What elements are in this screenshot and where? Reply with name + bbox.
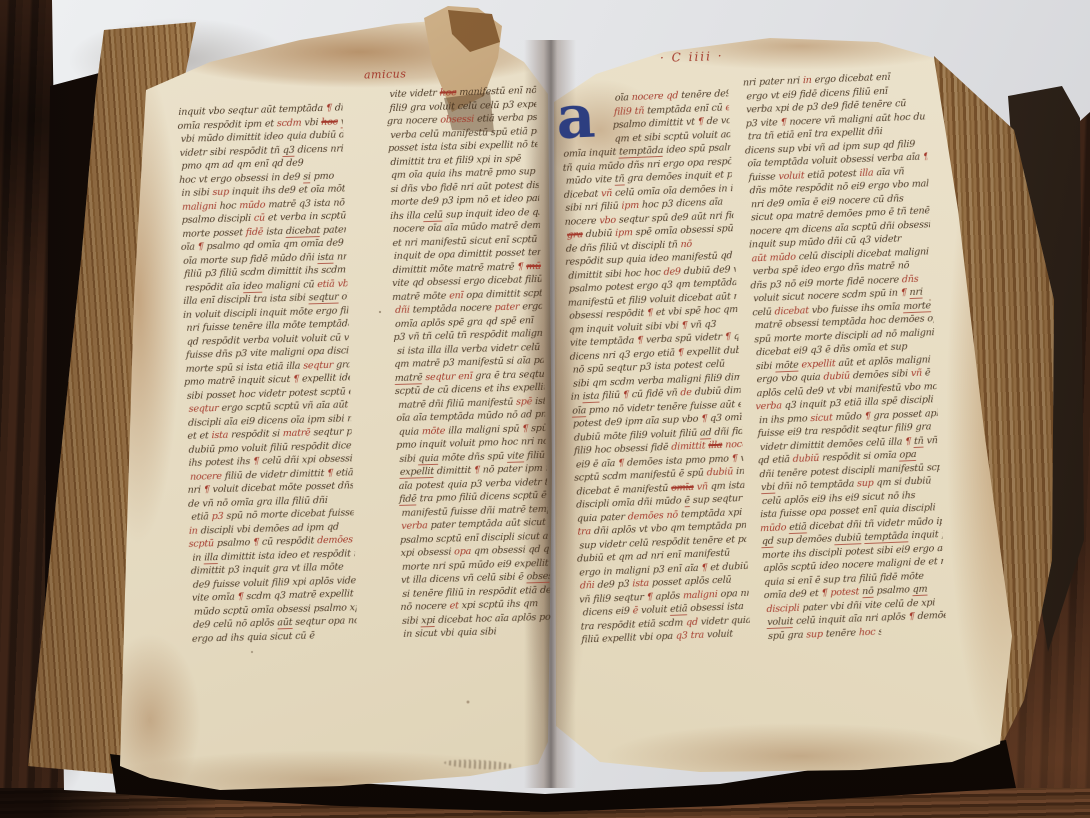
text-column: vitevidetrhocmanifestūenīnōde9fili9gravo…	[386, 84, 551, 641]
text-column: aoīanocereqdtenērede9possetpsalmodimitti…	[558, 77, 750, 647]
running-header-left: amicus	[364, 67, 407, 81]
left-page-text: inquitvboseqturaūttemptāda¶dicenstñomīar…	[176, 84, 559, 648]
text-column: nripaternriinergodicebatenīergovtei9fidē…	[742, 69, 947, 643]
text-column: inquitvboseqturaūttemptāda¶dicenstñomīar…	[176, 89, 357, 645]
manuscript-photo: amicus · C iiii · inquitvboseqturaūttemp…	[0, 0, 1090, 818]
right-page-text: aoīanocereqdtenērede9possetpsalmodimitti…	[558, 69, 952, 650]
illuminated-initial: a	[558, 92, 608, 148]
running-header-right: · C iiii ·	[660, 49, 724, 65]
script-line: insicutvbiquiasibimatrēqm	[401, 625, 496, 641]
